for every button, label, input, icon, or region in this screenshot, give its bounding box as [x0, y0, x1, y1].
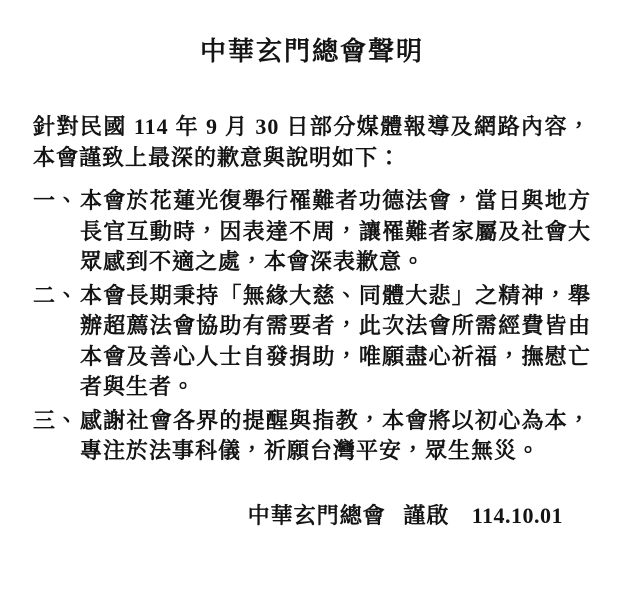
signature-date: 114.10.01: [472, 503, 563, 528]
statement-title: 中華玄門總會聲明: [33, 38, 591, 66]
statement-item-1: 一、 本會於花蓮光復舉行罹難者功德法會，當日與地方長官互動時，因表達不周，讓罹難…: [33, 186, 591, 278]
statement-document: 中華玄門總會聲明 針對民國 114 年 9 月 30 日部分媒體報導及網路內容，…: [0, 0, 624, 591]
item-2-text: 本會長期秉持「無緣大慈、同體大悲」之精神，舉辦超薦法會協助有需要者，此次法會所需…: [80, 281, 591, 403]
statement-item-3: 三、 感謝社會各界的提醒與指教，本會將以初心為本，專注於法事科儀，祈願台灣平安，…: [33, 406, 591, 467]
signature-closing: 謹啟: [403, 503, 449, 528]
item-3-marker: 三、: [33, 406, 80, 437]
item-3-text: 感謝社會各界的提醒與指教，本會將以初心為本，專注於法事科儀，祈願台灣平安，眾生無…: [80, 406, 591, 467]
item-1-text: 本會於花蓮光復舉行罹難者功德法會，當日與地方長官互動時，因表達不周，讓罹難者家屬…: [80, 186, 591, 278]
item-1-marker: 一、: [33, 186, 80, 217]
statement-item-list: 一、 本會於花蓮光復舉行罹難者功德法會，當日與地方長官互動時，因表達不周，讓罹難…: [33, 186, 591, 467]
statement-signature: 中華玄門總會 謹啟 114.10.01: [33, 501, 591, 531]
statement-intro: 針對民國 114 年 9 月 30 日部分媒體報導及網路內容，本會謹致上最深的歉…: [33, 111, 591, 173]
signature-name: 中華玄門總會: [248, 503, 386, 528]
statement-item-2: 二、 本會長期秉持「無緣大慈、同體大悲」之精神，舉辦超薦法會協助有需要者，此次法…: [33, 281, 591, 403]
item-2-marker: 二、: [33, 281, 80, 312]
